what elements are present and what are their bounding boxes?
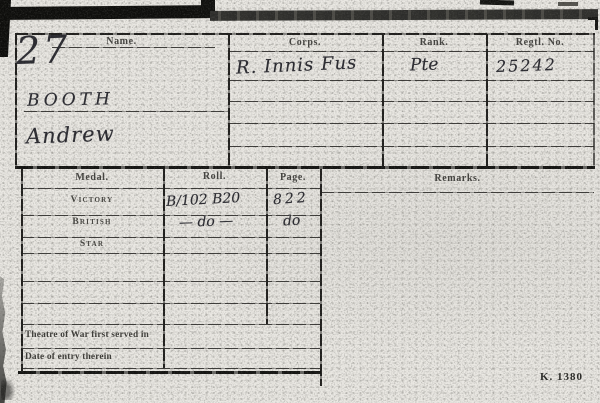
rule-line [228, 101, 594, 102]
roll-column-header: Roll. [163, 171, 266, 182]
rule-line [163, 169, 165, 368]
scan-artifact-top-band-right [210, 9, 598, 21]
rule-line [21, 348, 320, 349]
rule-line [21, 324, 320, 325]
regtl-no-value: 25242 [496, 55, 558, 76]
regtl-no-column-header: Regtl. No. [486, 37, 594, 48]
rule-line [15, 166, 595, 169]
scan-artifact-top-right-speck [558, 2, 578, 6]
scan-artifact-left-bar [0, 0, 11, 57]
card-number: 27 [15, 27, 71, 73]
rule-line [320, 169, 322, 386]
rule-line [228, 80, 594, 81]
rank-value: Pte [410, 55, 439, 76]
rule-line [228, 51, 594, 52]
remarks-header: Remarks. [321, 173, 594, 184]
theatre-of-war-label: Theatre of War first served in [25, 330, 149, 340]
form-code: K. 1380 [540, 371, 583, 383]
star-medal-label: Star [22, 239, 162, 249]
corps-column-header: Corps. [228, 37, 382, 48]
scan-artifact-top-notch [201, 0, 215, 11]
rule-line [15, 33, 595, 35]
surname-value: BOOTH [27, 89, 114, 111]
scan-artifact-top-band-left [8, 5, 210, 20]
rule-line [24, 111, 228, 112]
victory-medal-label: Victory [22, 195, 162, 205]
rule-line [266, 169, 268, 324]
page-column-header: Page. [266, 172, 320, 183]
rule-line [21, 188, 320, 189]
british-medal-label: British [22, 217, 162, 227]
british-roll-value: — do — [179, 213, 234, 231]
rule-line [18, 371, 321, 374]
rule-line [21, 303, 320, 304]
medal-column-header: Medal. [21, 172, 163, 183]
rule-line [228, 146, 594, 147]
forename-value: Andrew [26, 121, 115, 148]
medal-index-card: Name. Corps. Rank. Regtl. No. 27 BOOTH A… [0, 0, 600, 403]
scan-artifact-top-right-blob [480, 0, 514, 5]
victory-roll-value: B/102 B20 [166, 190, 241, 210]
corps-value: R. Innis Fus [236, 52, 358, 78]
date-of-entry-label: Date of entry therein [25, 352, 112, 362]
rule-line [21, 253, 320, 254]
british-page-value: do [283, 213, 301, 230]
victory-page-value: 822 [272, 190, 309, 208]
scan-artifact-right-hook [588, 17, 598, 30]
rule-line [21, 368, 320, 369]
rule-line [321, 192, 594, 193]
scan-artifact-corner-blot [1, 378, 15, 400]
rank-column-header: Rank. [382, 37, 486, 48]
rule-line [228, 123, 594, 124]
rule-line [21, 281, 320, 282]
rule-line [52, 47, 215, 48]
